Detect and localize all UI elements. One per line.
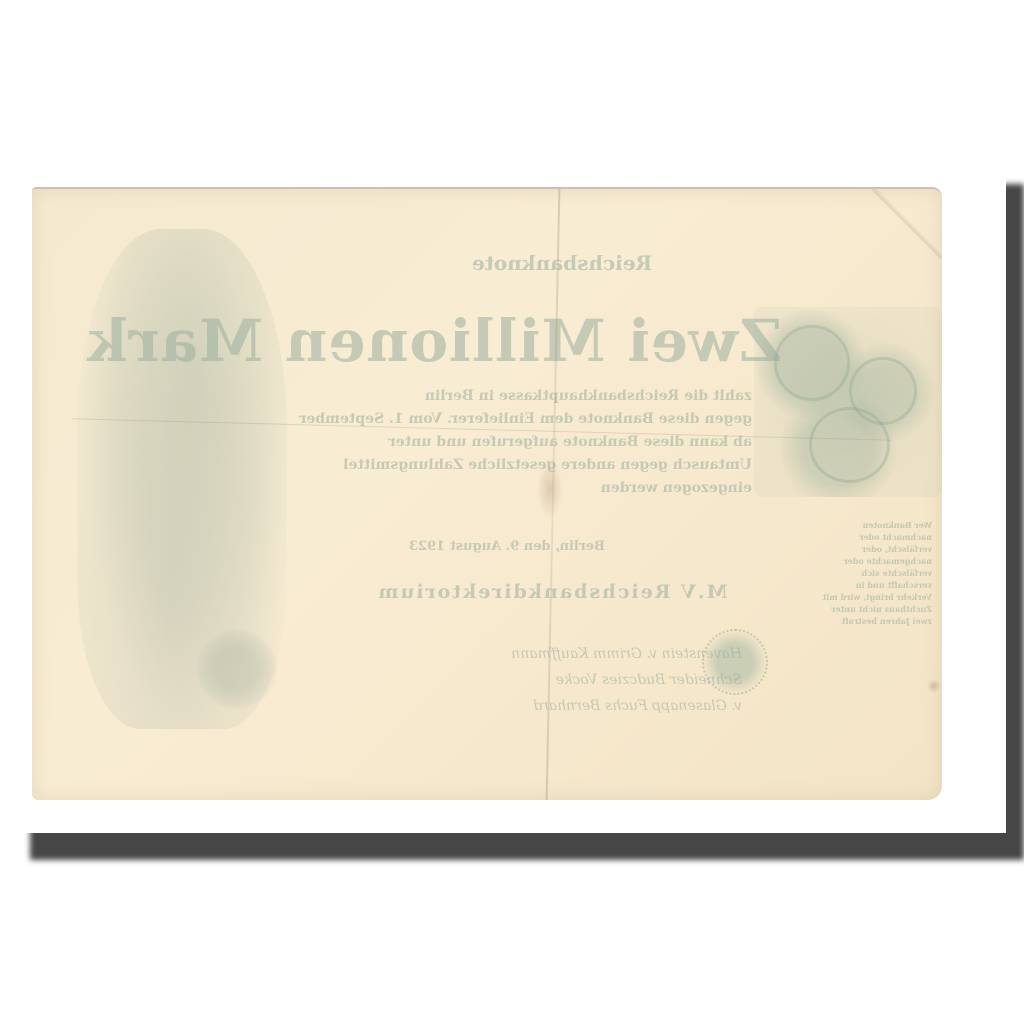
banknote: Reichsbanknote Zwei Millionen Mark zahlt… [32,187,942,800]
date-line: Berlin, den 9. August 1923 [382,539,632,554]
signatures: Havenstein v. Grimm Kauffmann Schneider … [362,641,742,719]
edge-stain [927,679,941,693]
numeral-ornament [754,307,942,497]
signature-row: Havenstein v. Grimm Kauffmann [362,641,742,667]
legal-text-line: Umtausch gegen andere gesetzliche Zahlun… [262,454,752,477]
ornament-swirl [774,325,850,401]
director-line: M.V Reichsbankdirektorium [352,581,752,603]
left-seal-shadow [197,629,277,709]
corner-fold [872,189,942,259]
signature-row: v. Glasenapp Fuchs Bernhard [362,693,742,719]
legal-text-line: gegen diese Banknote dem Einlieferer. Vo… [262,408,752,431]
eagle-seal [702,629,768,695]
issuer-heading: Reichsbanknote [412,251,712,275]
center-stain [537,459,563,519]
denomination-heading: Zwei Millionen Mark [182,307,782,375]
series-code: M.V [679,581,727,603]
legal-text: zahlt die Reichsbankhauptkasse in Berlin… [262,385,752,500]
penalty-text: Wer Banknoten nachmacht oder verfälscht,… [822,519,932,627]
ornament-swirl [809,407,890,483]
directorate-label: Reichsbankdirektorium [376,581,670,603]
legal-text-line: eingezogen werden [262,477,752,500]
legal-text-line: zahlt die Reichsbankhauptkasse in Berlin [262,385,752,408]
photo-stage: Reichsbanknote Zwei Millionen Mark zahlt… [0,0,1024,1024]
signature-row: Schneider Budczies Vocke [362,667,742,693]
